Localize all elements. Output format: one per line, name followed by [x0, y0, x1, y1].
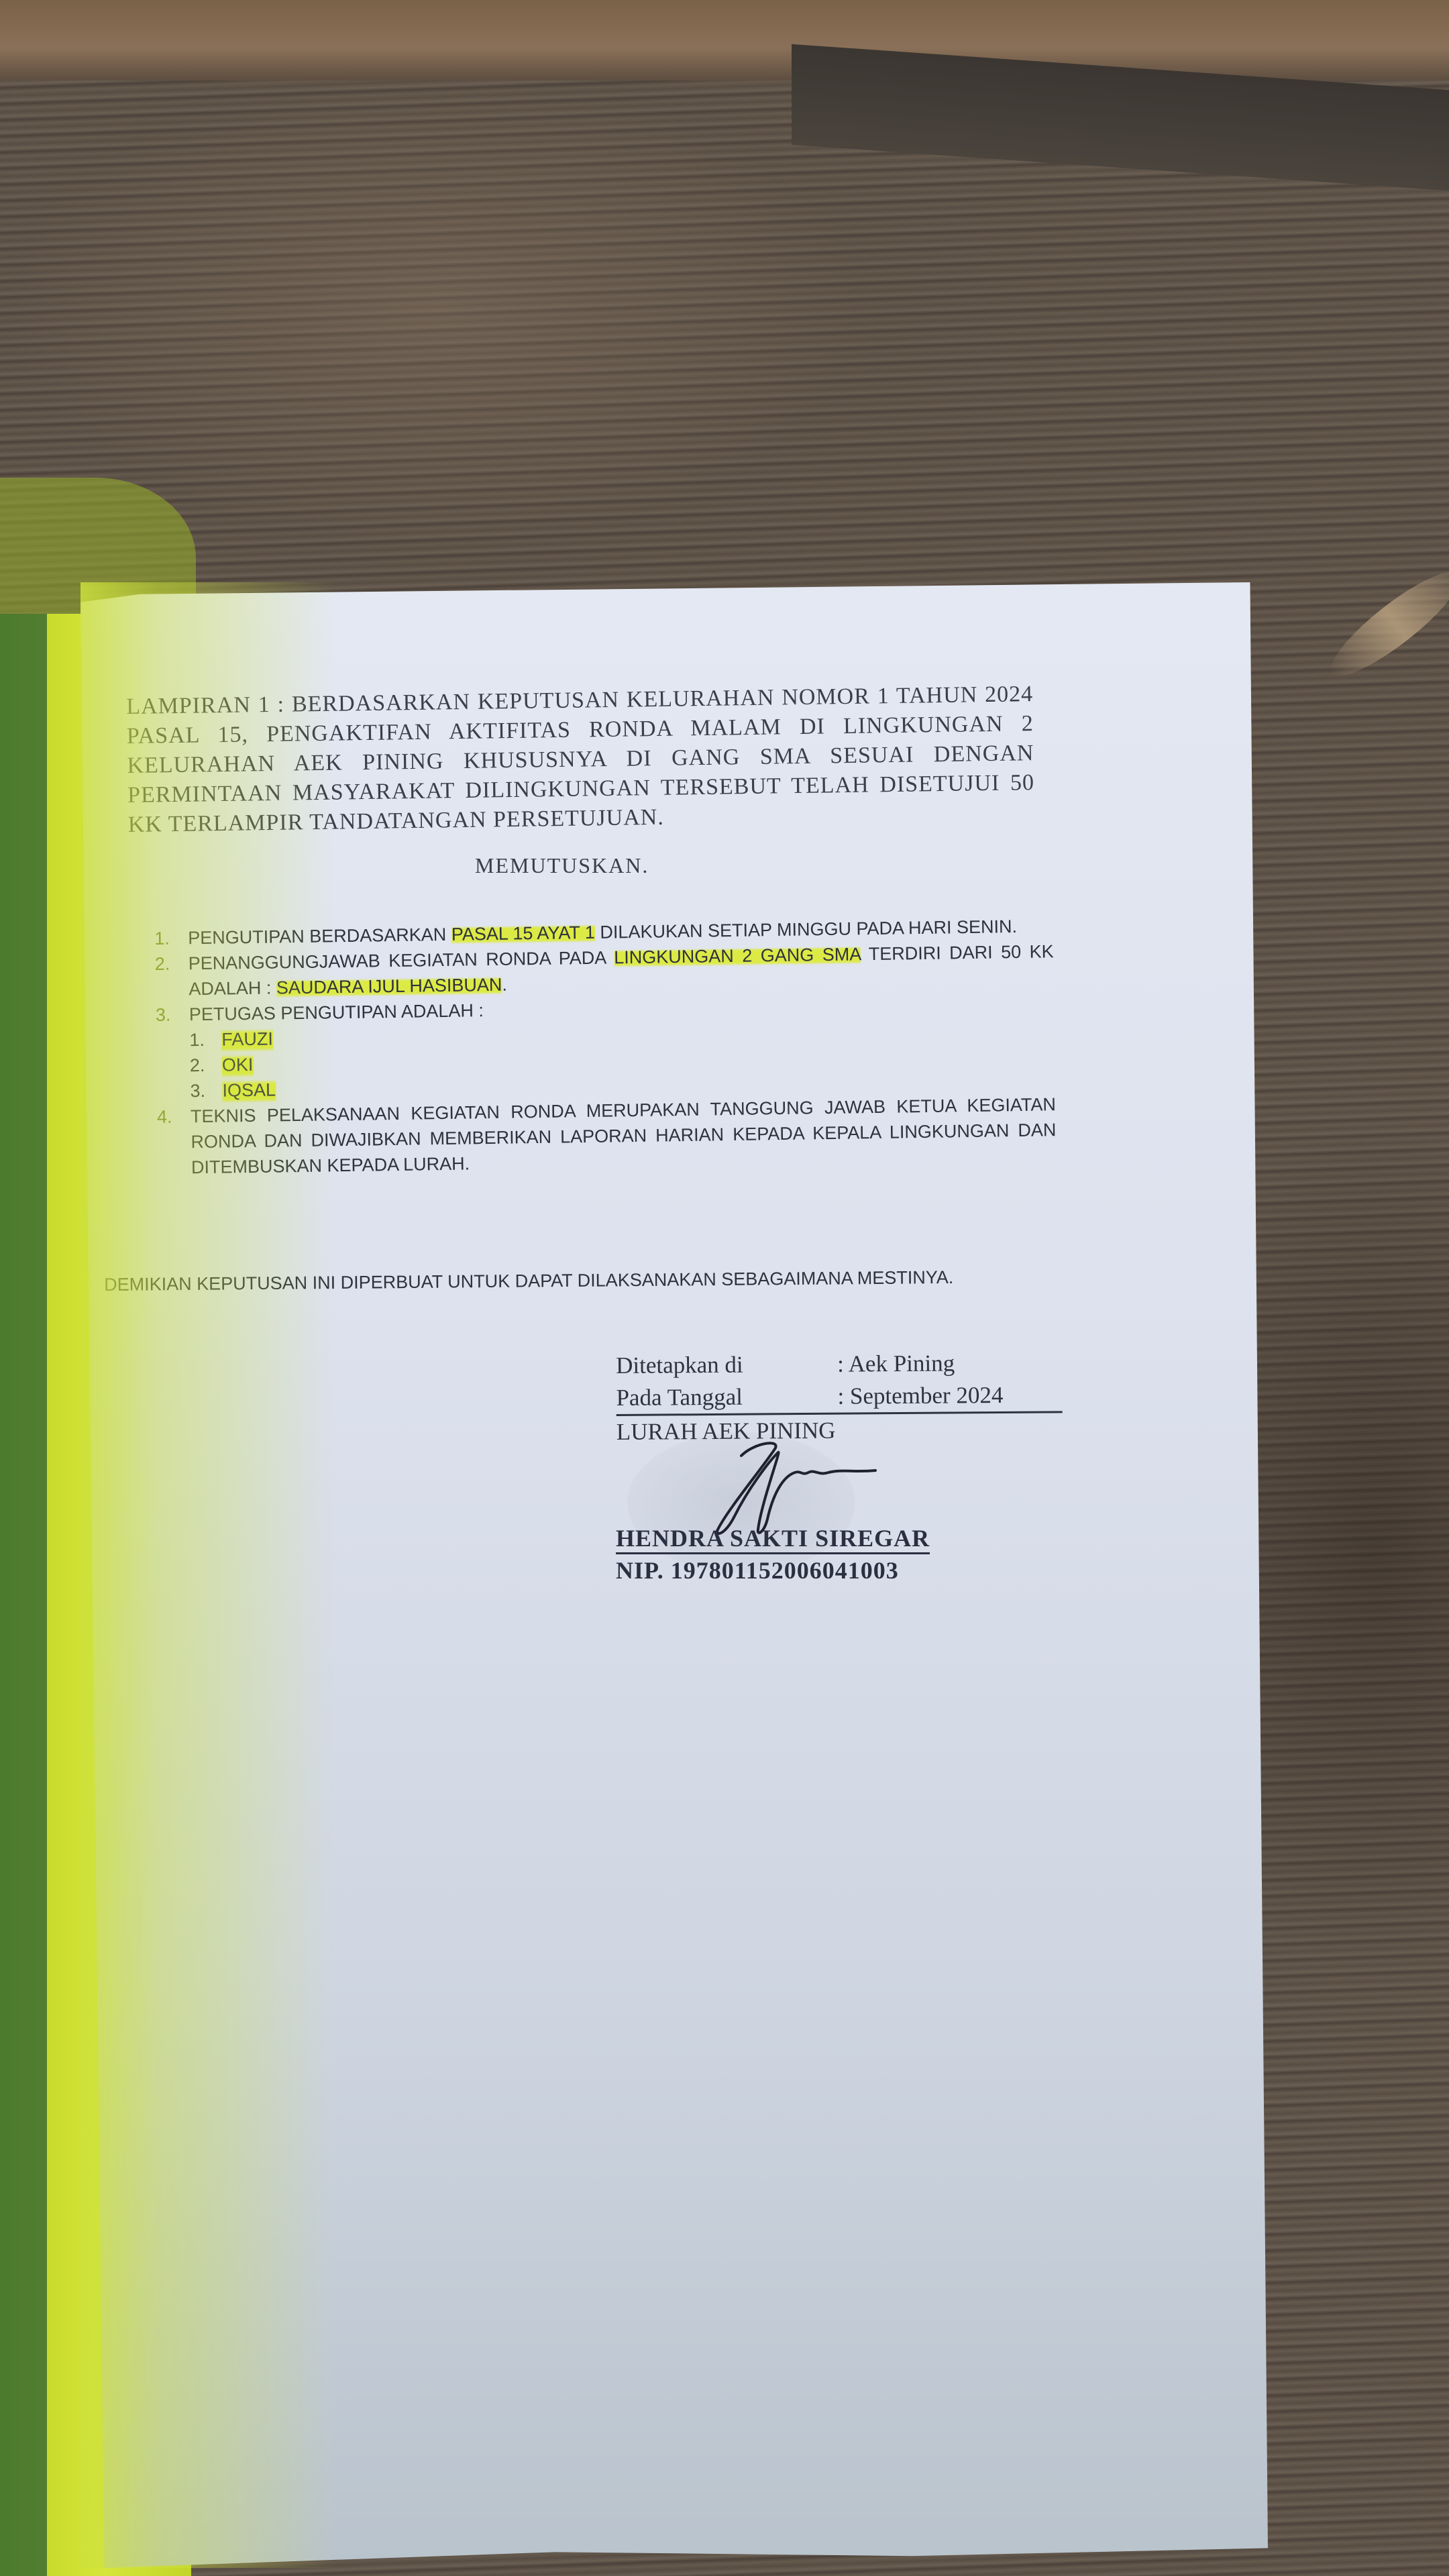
officer-name: OKI: [222, 1052, 254, 1078]
signatory-nip: NIP. 197801152006041003: [616, 1556, 899, 1585]
officer-name: FAUZI: [221, 1026, 273, 1053]
decision-list: 1. PENGUTIPAN BERDASARKAN PASAL 15 AYAT …: [154, 913, 1057, 1181]
date-label: Pada Tanggal: [616, 1381, 837, 1414]
lampiran-paragraph: LAMPIRAN 1 : BERDASARKAN KEPUTUSAN KELUR…: [126, 680, 1035, 840]
highlighted-text: LINGKUNGAN 2 GANG SMA: [614, 944, 861, 967]
item-number: 3.: [156, 1002, 190, 1028]
item-number: 1.: [154, 925, 189, 951]
item-number: 2.: [155, 951, 189, 1002]
highlighted-text: PASAL 15 AYAT 1: [451, 922, 596, 945]
place-value: : Aek Pining: [837, 1347, 955, 1380]
signature-icon: [701, 1436, 889, 1536]
document-content: LAMPIRAN 1 : BERDASARKAN KEPUTUSAN KELUR…: [0, 0, 1449, 2576]
closing-statement: DEMIKIAN KEPUTUSAN INI DIPERBUAT UNTUK D…: [104, 1267, 954, 1295]
signatory-name: HENDRA SAKTI SIREGAR: [616, 1524, 930, 1554]
decision-heading: MEMUTUSKAN.: [475, 853, 649, 878]
place-label: Ditetapkan di: [616, 1348, 837, 1382]
date-value: : September 2024: [837, 1379, 1003, 1413]
officer-name: IQSAL: [222, 1077, 276, 1103]
highlighted-text: SAUDARA IJUL HASIBUAN: [276, 975, 502, 998]
item-number: 4.: [157, 1104, 192, 1181]
decision-item-4: 4. TEKNIS PELAKSANAAN KEGIATAN RONDA MER…: [157, 1091, 1057, 1181]
signature-block: Ditetapkan di : Aek Pining Pada Tanggal …: [616, 1346, 1086, 1448]
